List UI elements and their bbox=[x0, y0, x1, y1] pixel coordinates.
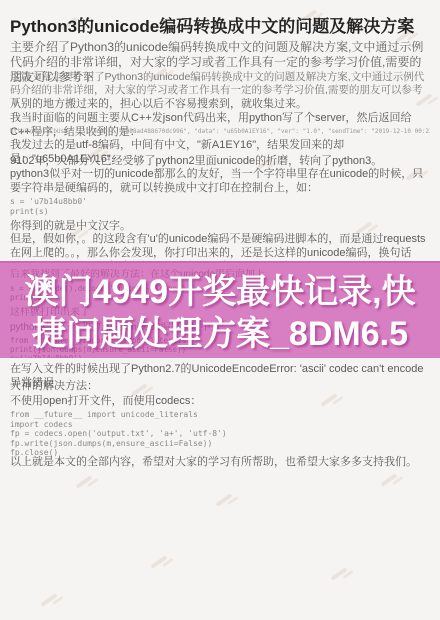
article-page: Python3的unicode编码转换成中文的问题及解决方案 主要介绍了Pyth… bbox=[0, 0, 440, 620]
background-watermark bbox=[75, 475, 92, 489]
inline-json-code: httpSvrDataCbUser: {"tranNO": "0888ad488… bbox=[10, 128, 430, 136]
background-watermark bbox=[330, 567, 347, 581]
overlay-ad-text-line1: 澳门4949开奖最快记录,快 bbox=[0, 271, 440, 313]
background-watermark bbox=[40, 593, 57, 607]
paragraph: 从别的地方搬过来的，担心以后不容易搜索到，就收集过来。 bbox=[10, 97, 430, 111]
code-block: s = 'u7b14u8bb0' print(s) bbox=[10, 197, 430, 216]
overlay-ad-text-line2: 捷问题处理方案_8DM6.5 bbox=[0, 313, 440, 355]
paragraph: 不使用open打开文件，而使用codecs： bbox=[10, 394, 430, 408]
closing-paragraph: 以上就是本文的全部内容，希望对大家的学习有所帮助，也希望大家多多支持我们。 bbox=[10, 455, 430, 469]
paragraph: 你得到的就是中文汉字。 bbox=[10, 219, 430, 233]
paragraph: 9102年，大部分人已经受够了python2里面unicode的折磨，转向了py… bbox=[10, 154, 430, 168]
background-watermark bbox=[150, 555, 167, 569]
code-block: from __future__ import unicode_literals … bbox=[10, 410, 430, 458]
article-title: Python3的unicode编码转换成中文的问题及解决方案 bbox=[10, 12, 430, 37]
overlay-spam-ad[interactable]: 后来我找到了最好的解决方法：在这个unicode串后面加上 s = s.enco… bbox=[0, 261, 440, 358]
background-watermark bbox=[380, 473, 397, 487]
paragraph: 大神的解决方法： bbox=[10, 379, 430, 393]
paragraph: python3似乎对一切的unicode都那么的友好，当一个字符串里存在unic… bbox=[10, 167, 430, 195]
overlay-spam-ad-text[interactable]: 澳门4949开奖最快记录,快 捷问题处理方案_8DM6.5 bbox=[0, 271, 440, 355]
background-watermark bbox=[215, 493, 232, 507]
